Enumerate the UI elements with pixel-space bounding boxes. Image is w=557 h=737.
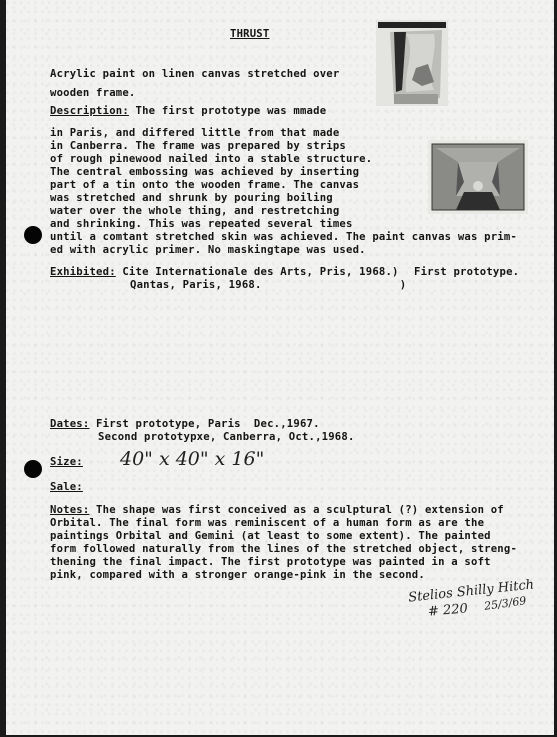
- binder-hole: [24, 460, 42, 478]
- description-first-line: The first prototype was mmade: [136, 105, 327, 117]
- notes-first-line: The shape was first conceived as a sculp…: [96, 504, 504, 516]
- description-line: ed with acrylic primer. No maskingtape w…: [50, 244, 366, 257]
- dates-line-2: Second prototypxe, Canberra, Oct.,1968.: [98, 431, 355, 444]
- dates-line-1: First prototype, Paris Dec.,1967.: [96, 418, 320, 430]
- description-line: The central embossing was achieved by in…: [50, 166, 359, 179]
- description-row: Description: The first prototype was mma…: [50, 105, 326, 118]
- medium-line-2: wooden frame.: [50, 87, 136, 100]
- notes-label: Notes:: [50, 504, 89, 516]
- document-title: THRUST: [230, 28, 269, 41]
- description-line: until a comtant stretched skin was achie…: [50, 231, 517, 244]
- dates-label: Dates:: [50, 418, 89, 430]
- binder-hole: [24, 226, 42, 244]
- description-line: part of a tin onto the wooden frame. The…: [50, 179, 359, 192]
- description-line: in Paris, and differed little from that …: [50, 127, 339, 140]
- sale-label: Sale:: [50, 481, 83, 494]
- description-line: in Canberra. The frame was prepared by s…: [50, 140, 346, 153]
- notes-line: form followed naturally from the lines o…: [50, 543, 517, 556]
- document-page: THRUST Acrylic paint on linen canvas str…: [6, 0, 554, 735]
- dates-row: Dates: First prototype, Paris Dec.,1967.: [50, 418, 320, 431]
- medium-line-1: Acrylic paint on linen canvas stretched …: [50, 68, 339, 81]
- exhibited-line-2: Qantas, Paris, 1968. ): [130, 279, 406, 292]
- notes-line: pink, compared with a stronger orange-pi…: [50, 569, 425, 582]
- description-line: water over the whole thing, and restretc…: [50, 205, 339, 218]
- exhibited-note: First prototype.: [414, 266, 519, 279]
- description-line: of rough pinewood nailed into a stable s…: [50, 153, 372, 166]
- thrust-front-view-photo: [376, 20, 448, 106]
- description-label: Description:: [50, 105, 129, 117]
- size-label: Size:: [50, 456, 83, 469]
- size-value-handwritten: 40" x 40" x 16": [120, 448, 264, 470]
- notes-line: paintings Orbital and Gemini (at least t…: [50, 530, 491, 543]
- thrust-frontal-photo: [428, 140, 528, 214]
- notes-line: thening the final impact. The first prot…: [50, 556, 491, 569]
- notes-line: Orbital. The final form was reminiscent …: [50, 517, 484, 530]
- notes-row: Notes: The shape was first conceived as …: [50, 504, 504, 517]
- description-line: was stretched and shrunk by pouring boil…: [50, 192, 333, 205]
- exhibited-line-1: Cite Internationale des Arts, Pris, 1968…: [122, 266, 398, 278]
- exhibited-row: Exhibited: Cite Internationale des Arts,…: [50, 266, 399, 279]
- signature-number: # 220: [427, 601, 468, 619]
- description-line: and shrinking. This was repeated several…: [50, 218, 353, 231]
- exhibited-label: Exhibited:: [50, 266, 116, 278]
